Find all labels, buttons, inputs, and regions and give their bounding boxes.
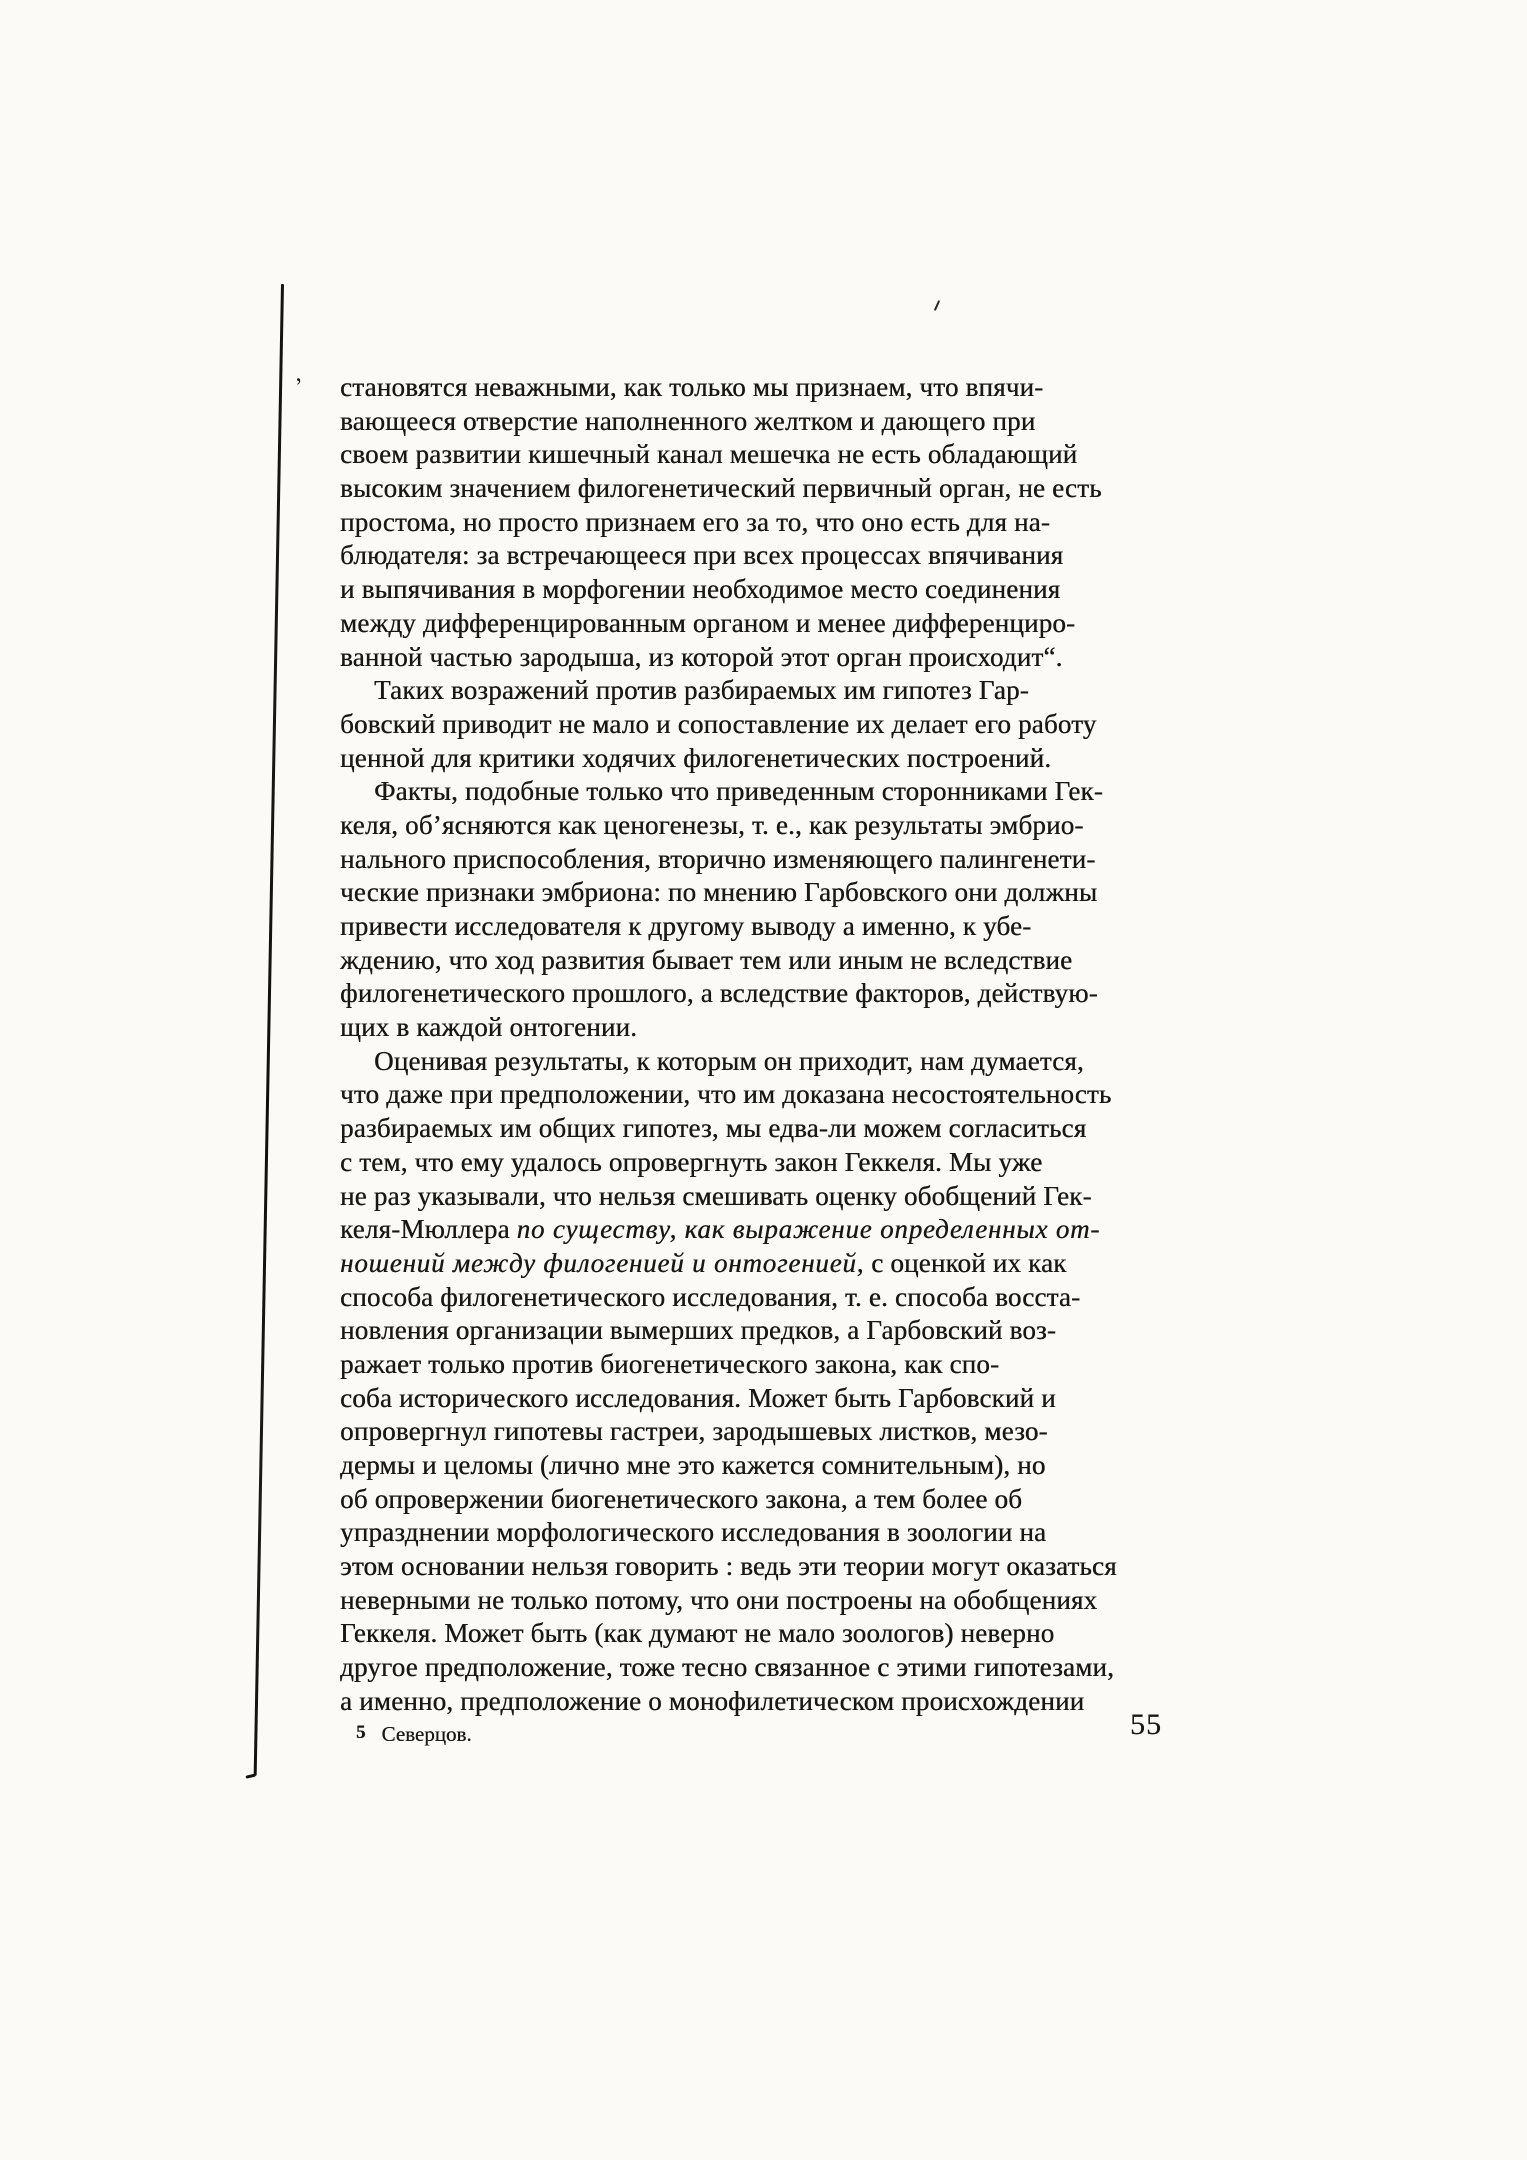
text-line: келя, об’ясняются как ценогенезы, т. е.,…: [340, 809, 1162, 843]
text-segment: Факты, подобные только что приведенным с…: [374, 776, 1103, 806]
text-line: об опровержении биогенетического закона,…: [340, 1483, 1162, 1517]
body-text-block: становятся неважными, как только мы приз…: [340, 371, 1162, 1719]
text-line: привести исследователя к другому выводу …: [340, 910, 1162, 944]
text-segment: филогенетического прошлого, а вследствие…: [340, 978, 1098, 1008]
text-segment: щих в каждой онтогении.: [340, 1012, 637, 1042]
text-segment: этом основании нельзя говорить : ведь эт…: [340, 1551, 1117, 1581]
footer-signature: 5Северцов.: [356, 1722, 472, 1747]
text-segment: ческие признаки эмбриона: по мнению Гарб…: [340, 877, 1097, 907]
text-line: келя-Мюллера по существу, как выражение …: [340, 1213, 1162, 1247]
text-segment: вающееся отверстие наполненного желтком …: [340, 406, 1035, 436]
text-segment: становятся неважными, как только мы приз…: [340, 372, 1043, 402]
binding-crease-line: [254, 284, 284, 1776]
text-line: ношений между филогенией и онтогенией, с…: [340, 1247, 1162, 1281]
text-line: Факты, подобные только что приведенным с…: [340, 775, 1162, 809]
text-segment: а именно, предположение о монофилетическ…: [340, 1686, 1084, 1716]
text-segment: Оценивая результаты, к которым он приход…: [374, 1046, 1084, 1076]
text-line: ражает только против биогенетического за…: [340, 1348, 1162, 1382]
text-segment: ждению, что ход развития бывает тем или …: [340, 945, 1072, 975]
text-segment: между дифференцированным органом и менее…: [340, 608, 1075, 638]
text-line: щих в каждой онтогении.: [340, 1011, 1162, 1045]
text-segment: неверными не только потому, что они пост…: [340, 1585, 1097, 1615]
text-line: способа филогенетического исследования, …: [340, 1281, 1162, 1315]
text-segment: дермы и целомы (лично мне это кажется со…: [340, 1450, 1046, 1480]
text-line: упразднении морфологического исследовани…: [340, 1516, 1162, 1550]
stray-ink-tick-mark: [934, 300, 940, 311]
text-line: новления организации вымерших предков, а…: [340, 1314, 1162, 1348]
text-line: не раз указывали, что нельзя смешивать о…: [340, 1180, 1162, 1214]
text-segment: новления организации вымерших предков, а…: [340, 1315, 1056, 1345]
text-line: становятся неважными, как только мы приз…: [340, 371, 1162, 405]
text-line: ждению, что ход развития бывает тем или …: [340, 944, 1162, 978]
text-segment: ражает только против биогенетического за…: [340, 1349, 999, 1379]
text-line: вающееся отверстие наполненного желтком …: [340, 405, 1162, 439]
text-segment: и выпячивания в морфогении необходимое м…: [340, 574, 1060, 604]
text-segment: Геккеля. Может быть (как думают не мало …: [340, 1618, 1054, 1648]
text-segment: привести исследователя к другому выводу …: [340, 911, 1031, 941]
text-line: нального приспособления, вторично изменя…: [340, 843, 1162, 877]
text-line: между дифференцированным органом и менее…: [340, 607, 1162, 641]
page-number: 55: [1080, 1708, 1162, 1742]
text-segment: Таких возражений против разбираемых им г…: [374, 675, 1029, 705]
text-segment: ценной для критики ходячих филогенетичес…: [340, 743, 1051, 773]
text-segment: что даже при предположении, что им доказ…: [340, 1079, 1111, 1109]
text-line: филогенетического прошлого, а вследствие…: [340, 977, 1162, 1011]
text-segment: другое предположение, тоже тесно связанн…: [340, 1652, 1114, 1682]
signature-author-name: Северцов.: [382, 1722, 472, 1746]
text-segment: бовский приводит не мало и сопоставление…: [340, 709, 1096, 739]
text-line: этом основании нельзя говорить : ведь эт…: [340, 1550, 1162, 1584]
margin-apostrophe-mark: ’: [293, 373, 306, 401]
text-segment: своем развитии кишечный канал мешечка не…: [340, 439, 1077, 469]
text-segment: способа филогенетического исследования, …: [340, 1282, 1080, 1312]
text-line: разбираемых им общих гипотез, мы едва-ли…: [340, 1112, 1162, 1146]
text-line: ценной для критики ходячих филогенетичес…: [340, 742, 1162, 776]
text-segment: простома, но просто признаем его за то, …: [340, 507, 1050, 537]
text-segment: блюдателя: за встречающееся при всех про…: [340, 540, 1063, 570]
text-segment: опровергнул гипотевы гастреи, зародышевы…: [340, 1416, 1048, 1446]
text-line: простома, но просто признаем его за то, …: [340, 506, 1162, 540]
text-line: ческие признаки эмбриона: по мнению Гарб…: [340, 876, 1162, 910]
text-line: неверными не только потому, что они пост…: [340, 1584, 1162, 1618]
text-line: что даже при предположении, что им доказ…: [340, 1078, 1162, 1112]
text-segment: не раз указывали, что нельзя смешивать о…: [340, 1181, 1092, 1211]
text-line: бовский приводит не мало и сопоставление…: [340, 708, 1162, 742]
signature-number: 5: [356, 1722, 366, 1743]
text-segment: высоким значением филогенетический перви…: [340, 473, 1102, 503]
text-line: своем развитии кишечный канал мешечка не…: [340, 438, 1162, 472]
text-segment: келя-Мюллера: [340, 1214, 517, 1244]
text-segment: келя, об’ясняются как ценогенезы, т. е.,…: [340, 810, 1084, 840]
text-segment: об опровержении биогенетического закона,…: [340, 1484, 1022, 1514]
text-segment: с оценкой их как: [864, 1248, 1066, 1278]
text-segment: разбираемых им общих гипотез, мы едва-ли…: [340, 1113, 1086, 1143]
text-segment: с тем, что ему удалось опровергнуть зако…: [340, 1147, 1042, 1177]
text-segment: ванной частью зародыша, из которой этот …: [340, 642, 1063, 672]
text-segment: нального приспособления, вторично изменя…: [340, 844, 1095, 874]
text-line: Таких возражений против разбираемых им г…: [340, 674, 1162, 708]
text-line: соба исторического исследования. Может б…: [340, 1382, 1162, 1416]
text-line: Оценивая результаты, к которым он приход…: [340, 1045, 1162, 1079]
text-line: а именно, предположение о монофилетическ…: [340, 1685, 1162, 1719]
text-segment: соба исторического исследования. Может б…: [340, 1383, 1056, 1413]
italic-text-segment: ношений между филогенией и онтогенией,: [340, 1248, 864, 1278]
text-line: ванной частью зародыша, из которой этот …: [340, 641, 1162, 675]
italic-text-segment: по существу, как выражение определенных …: [517, 1214, 1101, 1244]
text-line: и выпячивания в морфогении необходимое м…: [340, 573, 1162, 607]
text-segment: упразднении морфологического исследовани…: [340, 1517, 1046, 1547]
text-line: другое предположение, тоже тесно связанн…: [340, 1651, 1162, 1685]
text-line: высоким значением филогенетический перви…: [340, 472, 1162, 506]
text-line: блюдателя: за встречающееся при всех про…: [340, 539, 1162, 573]
scanned-book-page: ’ становятся неважными, как только мы пр…: [0, 0, 1527, 2160]
text-line: опровергнул гипотевы гастреи, зародышевы…: [340, 1415, 1162, 1449]
text-line: с тем, что ему удалось опровергнуть зако…: [340, 1146, 1162, 1180]
text-line: дермы и целомы (лично мне это кажется со…: [340, 1449, 1162, 1483]
text-line: Геккеля. Может быть (как думают не мало …: [340, 1617, 1162, 1651]
